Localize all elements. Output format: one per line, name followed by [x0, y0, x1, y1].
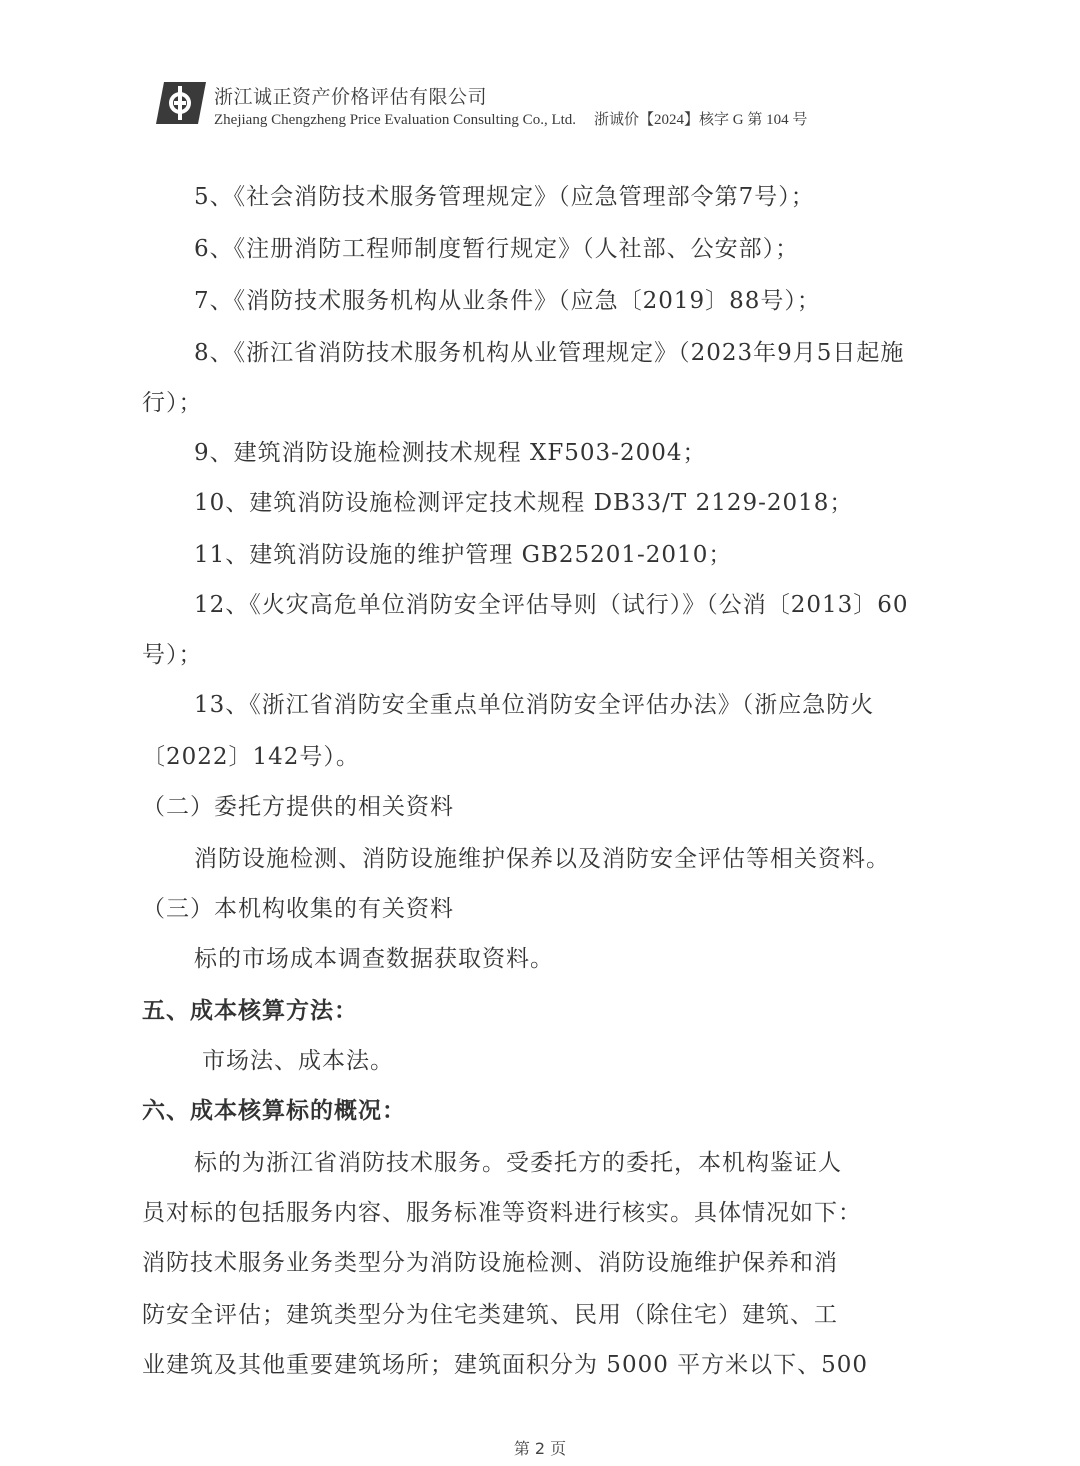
company-name-en: Zhejiang Chengzheng Price Evaluation Con… — [214, 112, 576, 128]
client-materials-text: 消防设施检测、消防设施维护保养以及消防安全评估等相关资料。 — [194, 840, 890, 873]
agency-materials-text: 标的市场成本调查数据获取资料。 — [194, 940, 554, 973]
section-6-paragraph-line-5: 业建筑及其他重要建筑场所；建筑面积分为 5000 平方米以下、500 — [142, 1346, 868, 1379]
reference-item-13: 13、《浙江省消防安全重点单位消防安全评估办法》（浙应急防火 — [194, 686, 874, 719]
reference-item-7: 7、《消防技术服务机构从业条件》（应急〔2019〕88号）； — [194, 282, 821, 315]
company-name-en-line: Zhejiang Chengzheng Price Evaluation Con… — [214, 108, 807, 129]
reference-item-13-cont: 〔2022〕142号）。 — [142, 738, 360, 771]
reference-item-9: 9、建筑消防设施检测技术规程 XF503-2004； — [194, 434, 706, 467]
section-6-paragraph-line-2: 员对标的包括服务内容、服务标准等资料进行核实。具体情况如下： — [142, 1194, 862, 1227]
section-5-text: 市场法、成本法。 — [202, 1042, 394, 1075]
section-6-heading: 六、成本核算标的概况： — [142, 1092, 406, 1125]
reference-item-8: 8、《浙江省消防技术服务机构从业管理规定》（2023年9月5日起施 — [194, 334, 904, 367]
reference-item-10: 10、建筑消防设施检测评定技术规程 DB33/T 2129-2018； — [194, 484, 853, 517]
section-6-paragraph-line-4: 防安全评估；建筑类型分为住宅类建筑、民用（除住宅）建筑、工 — [142, 1296, 838, 1329]
letterhead: 浙江诚正资产价格评估有限公司 Zhejiang Chengzheng Price… — [150, 78, 910, 138]
reference-item-5: 5、《社会消防技术服务管理规定》（应急管理部令第7号）； — [194, 178, 815, 211]
company-name-cn: 浙江诚正资产价格评估有限公司 — [214, 82, 487, 109]
reference-item-6: 6、《注册消防工程师制度暂行规定》（人社部、公安部）； — [194, 230, 799, 263]
reference-item-12-cont: 号）； — [142, 636, 203, 669]
section-6-paragraph-line-3: 消防技术服务业务类型分为消防设施检测、消防设施维护保养和消 — [142, 1244, 838, 1277]
section-5-heading: 五、成本核算方法： — [142, 992, 358, 1025]
reference-item-8-cont: 行）； — [142, 384, 203, 417]
reference-item-12: 12、《火灾高危单位消防安全评估导则（试行）》（公消〔2013〕60 — [194, 586, 909, 619]
section-6-paragraph-line-1: 标的为浙江省消防技术服务。受委托方的委托，本机构鉴证人 — [194, 1144, 842, 1177]
document-number: 浙诚价【2024】核字 G 第 104 号 — [594, 112, 807, 128]
reference-item-11: 11、建筑消防设施的维护管理 GB25201-2010； — [194, 536, 732, 569]
page-number: 第 2 页 — [0, 1436, 1080, 1459]
subsection-agency-materials: （三）本机构收集的有关资料 — [142, 890, 454, 923]
subsection-client-materials: （二）委托方提供的相关资料 — [142, 788, 454, 821]
company-logo-icon — [154, 80, 206, 126]
